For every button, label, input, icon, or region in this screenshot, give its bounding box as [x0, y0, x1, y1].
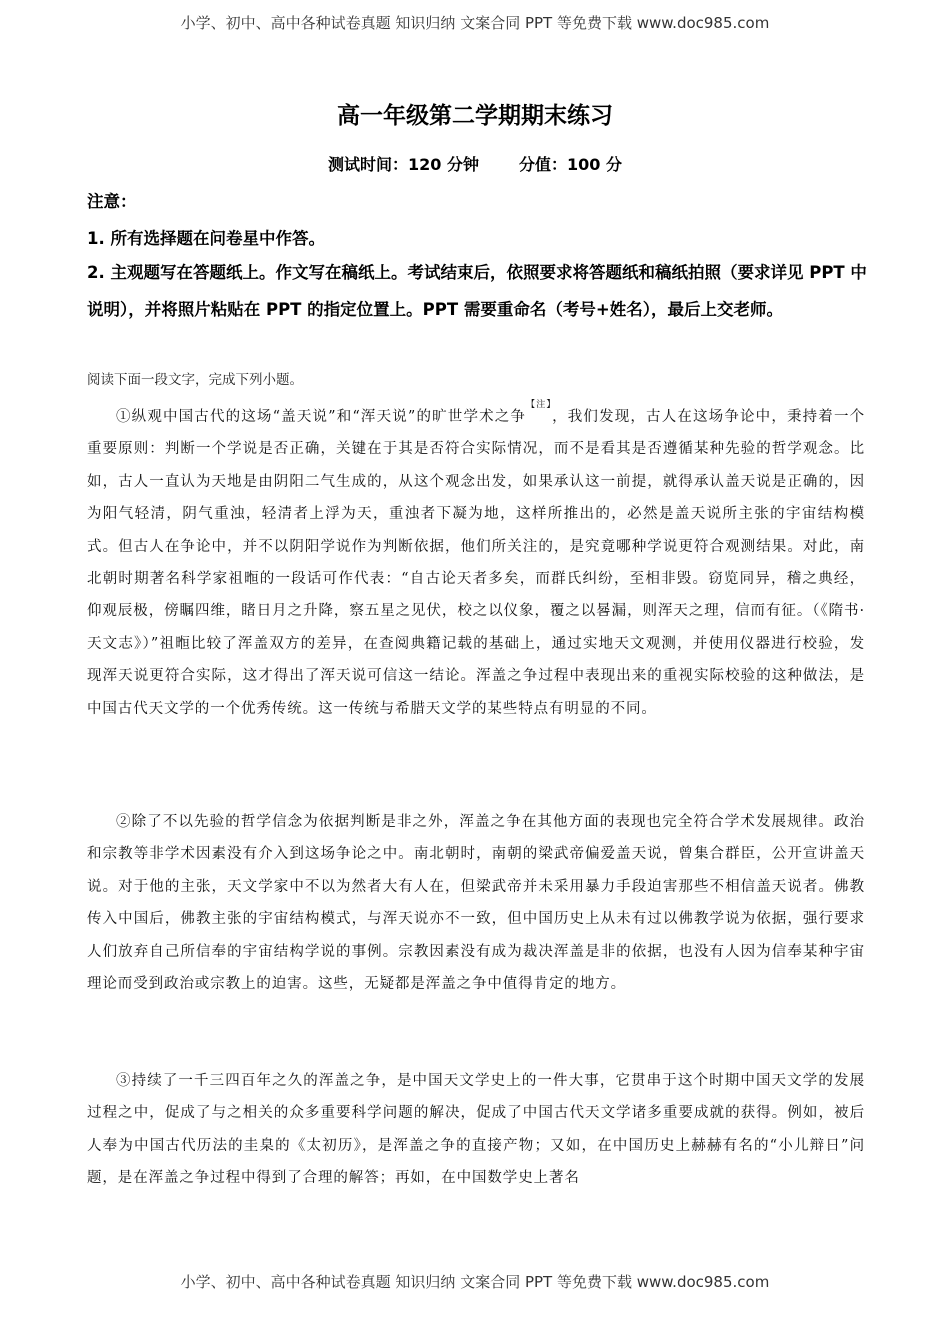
notice-item-1: 1. 所有选择题在问卷星中作答。 — [87, 220, 867, 257]
exam-score: 分值：100 分 — [519, 152, 622, 175]
notice-heading: 注意： — [87, 183, 867, 220]
paragraph-1-rest: ，我们发现，古人在这场争论中，秉持着一个重要原则：判断一个学说是否正确，关键在于… — [87, 409, 865, 717]
exam-info: 测试时间：120 分钟分值：100 分 — [0, 152, 950, 175]
passage-paragraph-3: ③持续了一千三四百年之久的浑盖之争，是中国天文学史上的一件大事，它贯串于这个时期… — [87, 1065, 865, 1195]
page-title: 高一年级第二学期期末练习 — [0, 97, 950, 130]
paragraph-1-start: ①纵观中国古代的这场“盖天说”和“浑天说”的旷世学术之争 — [116, 409, 526, 425]
notice-item-2: 2. 主观题写在答题纸上。作文写在稿纸上。考试结束后，依照要求将答题纸和稿纸拍照… — [87, 254, 867, 328]
footnote-marker: 【注】 — [526, 400, 552, 410]
footer-watermark: 小学、初中、高中各种试卷真题 知识归纳 文案合同 PPT 等免费下载 www.d… — [0, 1271, 950, 1292]
passage-paragraph-1: ①纵观中国古代的这场“盖天说”和“浑天说”的旷世学术之争【注】，我们发现，古人在… — [87, 401, 865, 725]
header-watermark: 小学、初中、高中各种试卷真题 知识归纳 文案合同 PPT 等免费下载 www.d… — [0, 12, 950, 33]
reading-instruction: 阅读下面一段文字，完成下列小题。 — [87, 368, 303, 388]
exam-time: 测试时间：120 分钟 — [328, 152, 479, 175]
passage-paragraph-2: ②除了不以先验的哲学信念为依据判断是非之外，浑盖之争在其他方面的表现也完全符合学… — [87, 806, 865, 1000]
